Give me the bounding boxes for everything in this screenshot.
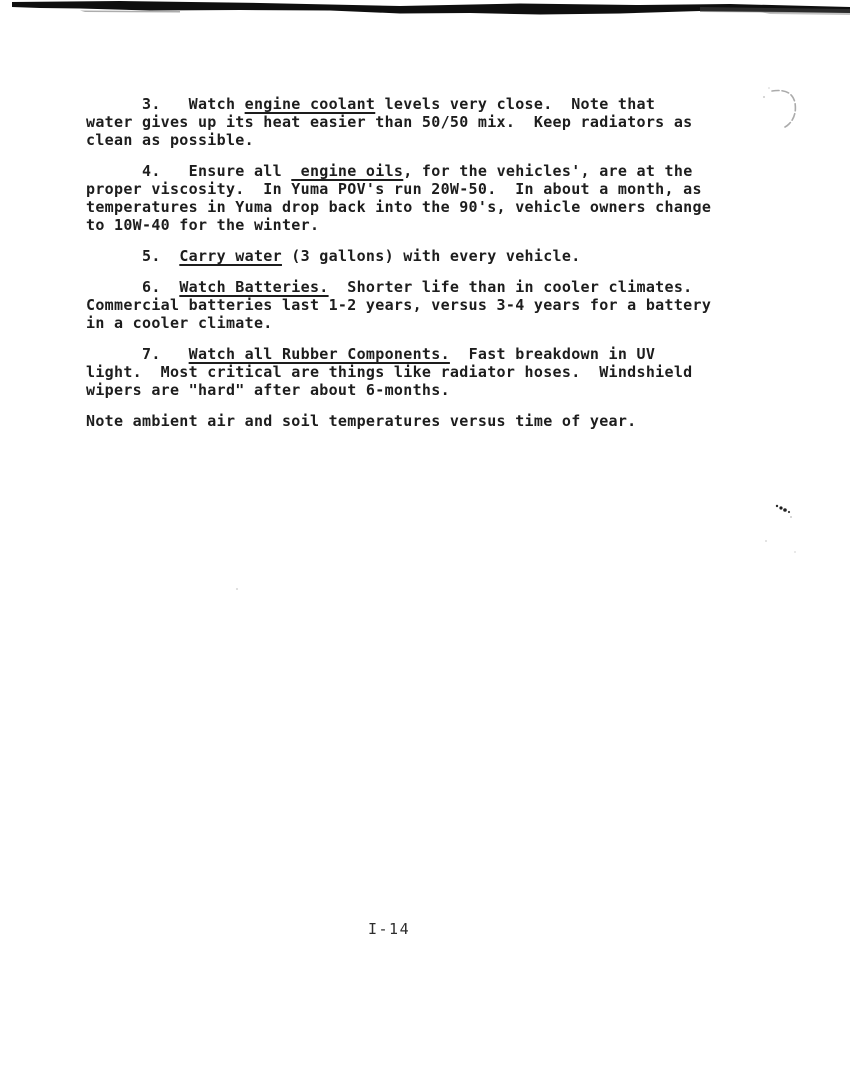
page-number: I-14: [368, 920, 410, 938]
text-line: Commercial batteries last 1-2 years, ver…: [86, 296, 746, 314]
text-line: temperatures in Yuma drop back into the …: [86, 198, 746, 216]
paragraph-item-7: 7. Watch all Rubber Components. Fast bre…: [86, 345, 746, 399]
text-line: 4. Ensure all engine oils, for the vehic…: [86, 162, 746, 180]
text-line: water gives up its heat easier than 50/5…: [86, 113, 746, 131]
text-segment: 3. Watch: [86, 95, 245, 113]
underlined-text: Watch Batteries.: [179, 278, 328, 296]
paragraph-note: Note ambient air and soil temperatures v…: [86, 412, 746, 430]
paragraph-item-3: 3. Watch engine coolant levels very clos…: [86, 95, 746, 149]
text-segment: 6.: [86, 278, 179, 296]
text-block: 3. Watch engine coolant levels very clos…: [86, 95, 746, 443]
paragraph-item-5: 5. Carry water (3 gallons) with every ve…: [86, 247, 746, 265]
underlined-text: engine oils: [291, 162, 403, 180]
text-line: Note ambient air and soil temperatures v…: [86, 412, 746, 430]
text-line: to 10W-40 for the winter.: [86, 216, 746, 234]
underlined-text: engine coolant: [245, 95, 376, 113]
underlined-text: Watch all Rubber Components.: [189, 345, 450, 363]
text-segment: Note ambient air and soil temperatures v…: [86, 412, 637, 430]
underlined-text: Carry water: [179, 247, 282, 265]
text-segment: levels very close. Note that: [375, 95, 655, 113]
text-segment: light. Most critical are things like rad…: [86, 363, 693, 381]
text-segment: 4. Ensure all: [86, 162, 291, 180]
text-line: wipers are "hard" after about 6-months.: [86, 381, 746, 399]
text-line: 6. Watch Batteries. Shorter life than in…: [86, 278, 746, 296]
text-segment: Fast breakdown in UV: [450, 345, 655, 363]
text-segment: in a cooler climate.: [86, 314, 273, 332]
paragraph-item-4: 4. Ensure all engine oils, for the vehic…: [86, 162, 746, 234]
text-line: 7. Watch all Rubber Components. Fast bre…: [86, 345, 746, 363]
scanned-document-page: { "page": { "background_color": "#ffffff…: [0, 0, 850, 1090]
text-line: 3. Watch engine coolant levels very clos…: [86, 95, 746, 113]
text-segment: to 10W-40 for the winter.: [86, 216, 319, 234]
text-line: proper viscosity. In Yuma POV's run 20W-…: [86, 180, 746, 198]
text-segment: clean as possible.: [86, 131, 254, 149]
text-segment: (3 gallons) with every vehicle.: [282, 247, 581, 265]
paragraph-item-6: 6. Watch Batteries. Shorter life than in…: [86, 278, 746, 332]
text-line: in a cooler climate.: [86, 314, 746, 332]
text-segment: 7.: [86, 345, 189, 363]
text-line: 5. Carry water (3 gallons) with every ve…: [86, 247, 746, 265]
text-line: clean as possible.: [86, 131, 746, 149]
text-segment: 5.: [86, 247, 179, 265]
text-segment: water gives up its heat easier than 50/5…: [86, 113, 693, 131]
text-segment: wipers are "hard" after about 6-months.: [86, 381, 450, 399]
text-segment: , for the vehicles', are at the: [403, 162, 692, 180]
text-segment: Commercial batteries last 1-2 years, ver…: [86, 296, 711, 314]
text-line: light. Most critical are things like rad…: [86, 363, 746, 381]
text-segment: proper viscosity. In Yuma POV's run 20W-…: [86, 180, 702, 198]
text-segment: Shorter life than in cooler climates.: [329, 278, 693, 296]
text-segment: temperatures in Yuma drop back into the …: [86, 198, 711, 216]
